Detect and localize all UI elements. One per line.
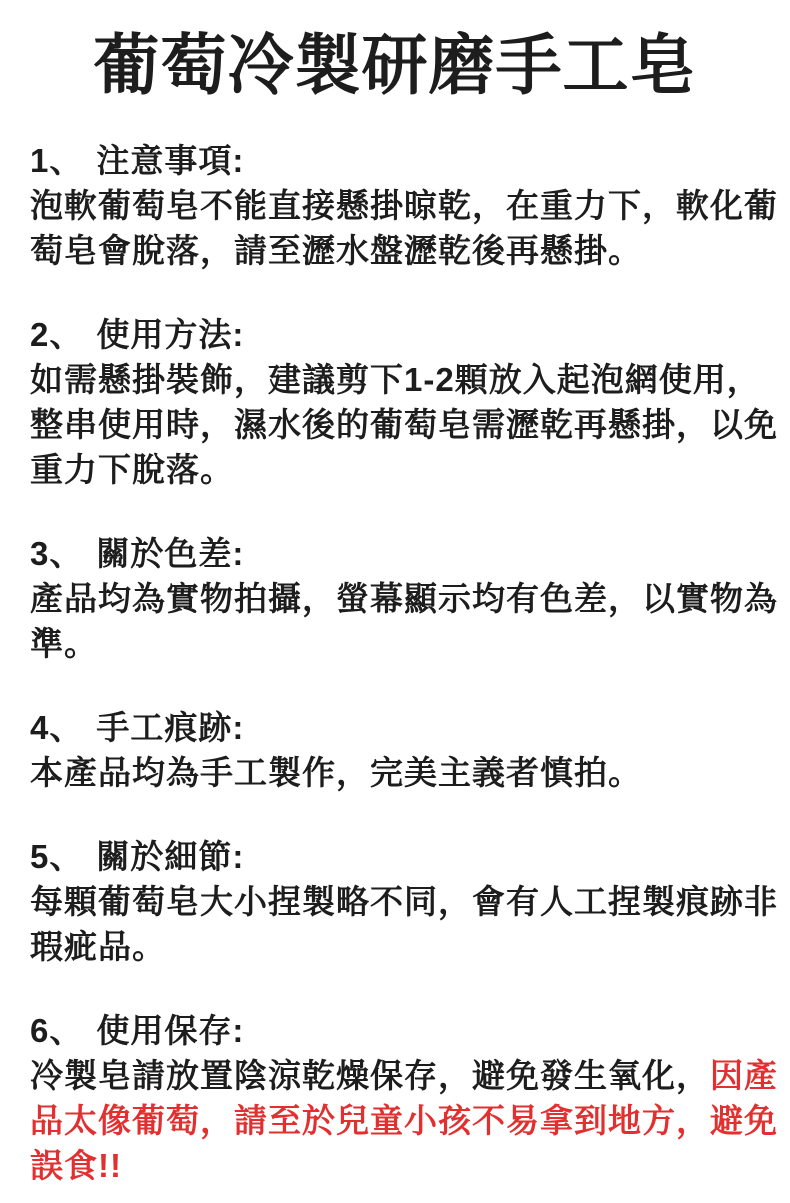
section-body-text: 本產品均為手工製作，完美主義者慎拍。 bbox=[30, 754, 642, 791]
section-heading: 4、手工痕跡: bbox=[30, 705, 784, 750]
section-number: 3、 bbox=[30, 531, 83, 576]
section-body: 冷製皂請放置陰涼乾燥保存，避免發生氧化，因產品太像葡萄，請至於兒童小孩不易拿到地… bbox=[30, 1053, 784, 1188]
section-number: 5、 bbox=[30, 834, 83, 879]
section-heading: 6、使用保存: bbox=[30, 1008, 784, 1053]
section-details: 5、關於細節: 每顆葡萄皂大小捏製略不同，會有人工捏製痕跡非瑕疵品。 bbox=[30, 834, 784, 969]
section-body-text: 如需懸掛裝飾，建議剪下1-2顆放入起泡網使用，整串使用時，濕水後的葡萄皂需瀝乾再… bbox=[30, 361, 778, 488]
section-storage: 6、使用保存: 冷製皂請放置陰涼乾燥保存，避免發生氧化，因產品太像葡萄，請至於兒… bbox=[30, 1008, 784, 1188]
page-title: 葡萄冷製研磨手工皂 bbox=[0, 24, 790, 106]
section-body: 如需懸掛裝飾，建議剪下1-2顆放入起泡網使用，整串使用時，濕水後的葡萄皂需瀝乾再… bbox=[30, 357, 784, 492]
section-heading: 3、關於色差: bbox=[30, 531, 784, 576]
section-heading-label: 手工痕跡: bbox=[96, 705, 244, 750]
section-heading-label: 關於細節: bbox=[96, 834, 244, 879]
section-notes: 1、注意事項: 泡軟葡萄皂不能直接懸掛晾乾，在重力下，軟化葡萄皂會脫落，請至瀝水… bbox=[30, 138, 784, 273]
section-body: 本產品均為手工製作，完美主義者慎拍。 bbox=[30, 750, 784, 795]
section-usage: 2、使用方法: 如需懸掛裝飾，建議剪下1-2顆放入起泡網使用，整串使用時，濕水後… bbox=[30, 312, 784, 492]
section-body: 產品均為實物拍攝，螢幕顯示均有色差，以實物為準。 bbox=[30, 576, 784, 666]
section-heading-label: 使用方法: bbox=[96, 312, 244, 357]
product-notice-page: 葡萄冷製研磨手工皂 1、注意事項: 泡軟葡萄皂不能直接懸掛晾乾，在重力下，軟化葡… bbox=[0, 0, 790, 1203]
section-heading-label: 注意事項: bbox=[96, 138, 244, 183]
section-color-difference: 3、關於色差: 產品均為實物拍攝，螢幕顯示均有色差，以實物為準。 bbox=[30, 531, 784, 666]
section-body-text: 產品均為實物拍攝，螢幕顯示均有色差，以實物為準。 bbox=[30, 580, 778, 662]
sections-container: 1、注意事項: 泡軟葡萄皂不能直接懸掛晾乾，在重力下，軟化葡萄皂會脫落，請至瀝水… bbox=[0, 138, 790, 1188]
section-handmade-marks: 4、手工痕跡: 本產品均為手工製作，完美主義者慎拍。 bbox=[30, 705, 784, 795]
section-body: 每顆葡萄皂大小捏製略不同，會有人工捏製痕跡非瑕疵品。 bbox=[30, 879, 784, 969]
section-body-text: 泡軟葡萄皂不能直接懸掛晾乾，在重力下，軟化葡萄皂會脫落，請至瀝水盤瀝乾後再懸掛。 bbox=[30, 187, 778, 269]
section-number: 2、 bbox=[30, 312, 83, 357]
section-number: 1、 bbox=[30, 138, 83, 183]
section-heading: 2、使用方法: bbox=[30, 312, 784, 357]
section-body: 泡軟葡萄皂不能直接懸掛晾乾，在重力下，軟化葡萄皂會脫落，請至瀝水盤瀝乾後再懸掛。 bbox=[30, 183, 784, 273]
section-heading: 1、注意事項: bbox=[30, 138, 784, 183]
section-body-text: 每顆葡萄皂大小捏製略不同，會有人工捏製痕跡非瑕疵品。 bbox=[30, 883, 778, 965]
section-heading-label: 關於色差: bbox=[96, 531, 244, 576]
section-number: 6、 bbox=[30, 1008, 83, 1053]
section-body-text: 冷製皂請放置陰涼乾燥保存，避免發生氧化， bbox=[30, 1057, 710, 1094]
section-number: 4、 bbox=[30, 705, 83, 750]
section-heading-label: 使用保存: bbox=[96, 1008, 244, 1053]
section-heading: 5、關於細節: bbox=[30, 834, 784, 879]
